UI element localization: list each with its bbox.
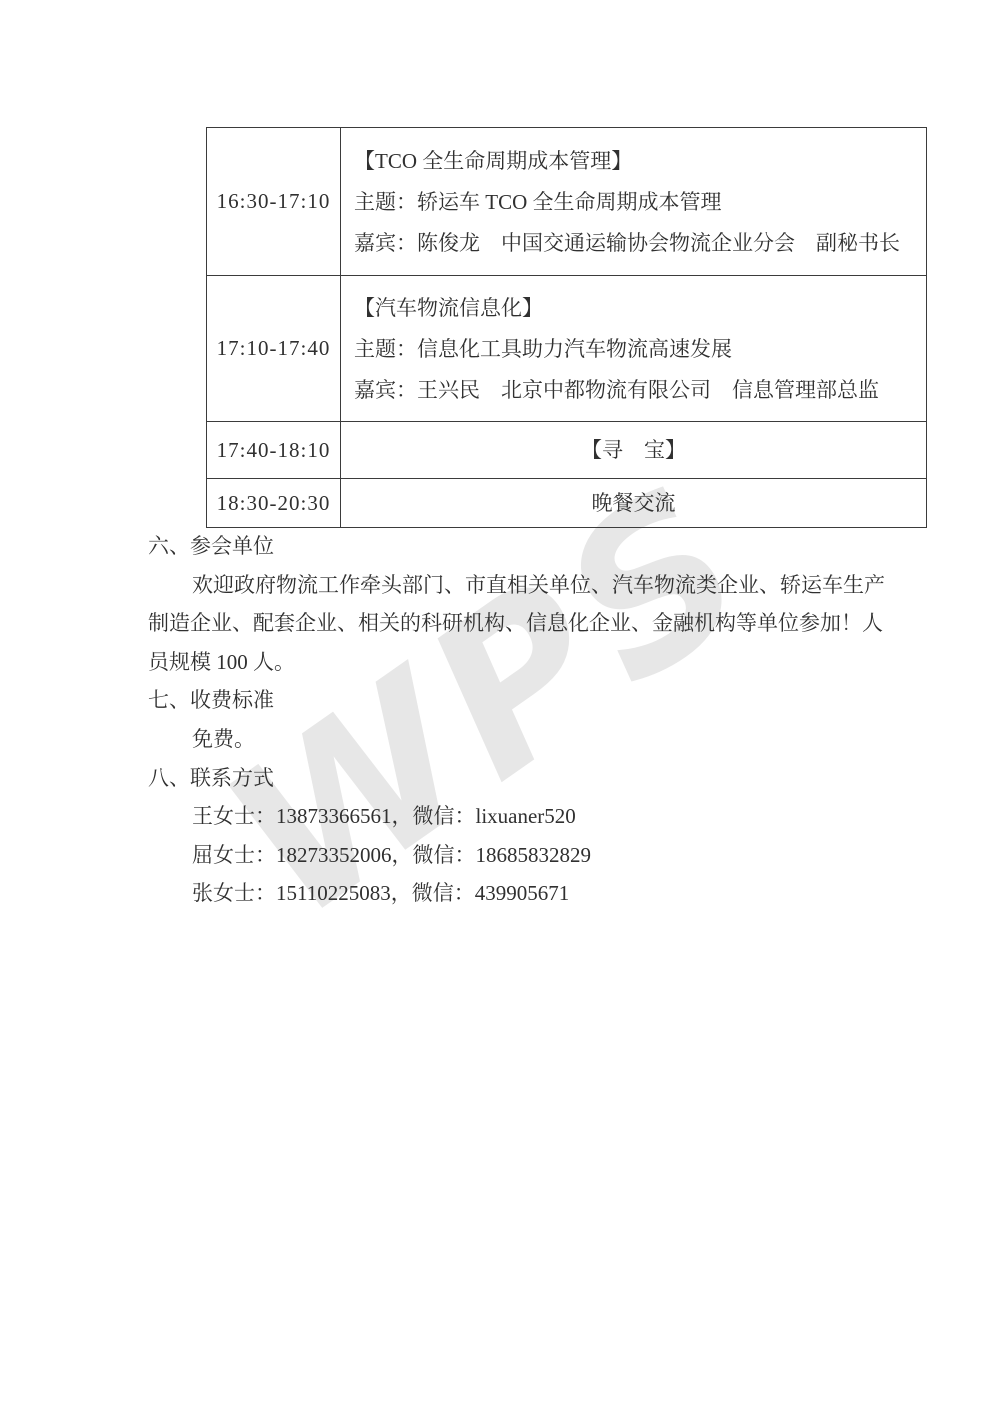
participants-line: 制造企业、配套企业、相关的科研机构、信息化企业、金融机构等单位参加！人	[148, 604, 868, 643]
participants-line: 员规模 100 人。	[148, 643, 868, 682]
activity-label: 晚餐交流	[592, 492, 676, 514]
document-page: WPS 16:30-17:10 【TCO 全生命周期成本管理】 主题：轿运车 T…	[0, 0, 991, 1401]
participants-line: 欢迎政府物流工作牵头部门、市直相关单位、汽车物流类企业、轿运车生产	[148, 566, 868, 605]
section-heading-contacts: 八、联系方式	[148, 759, 868, 798]
session-cell: 【汽车物流信息化】 主题：信息化工具助力汽车物流高速发展 嘉宾：王兴民 北京中都…	[341, 276, 926, 422]
time-cell: 16:30-17:10	[207, 128, 341, 276]
session-topic: 主题：轿运车 TCO 全生命周期成本管理	[354, 191, 926, 213]
section-heading-fees: 七、收费标准	[148, 681, 868, 720]
contact-entry: 张女士：15110225083，微信：439905671	[148, 874, 868, 913]
session-title: 【TCO 全生命周期成本管理】	[354, 150, 926, 172]
contact-entry: 王女士：13873366561，微信：lixuaner520	[148, 797, 868, 836]
session-guest: 嘉宾：王兴民 北京中都物流有限公司 信息管理部总监	[354, 379, 926, 401]
contact-entry: 屈女士：18273352006，微信：18685832829	[148, 836, 868, 875]
section-heading-participants: 六、参会单位	[148, 527, 868, 566]
time-cell: 17:40-18:10	[207, 422, 341, 479]
session-title: 【汽车物流信息化】	[354, 297, 926, 319]
session-topic: 主题：信息化工具助力汽车物流高速发展	[354, 338, 926, 360]
activity-cell: 【寻 宝】	[341, 422, 926, 479]
time-cell: 18:30-20:30	[207, 479, 341, 527]
activity-label: 【寻 宝】	[581, 439, 686, 461]
time-cell: 17:10-17:40	[207, 276, 341, 422]
session-cell: 【TCO 全生命周期成本管理】 主题：轿运车 TCO 全生命周期成本管理 嘉宾：…	[341, 128, 926, 276]
document-body: 六、参会单位 欢迎政府物流工作牵头部门、市直相关单位、汽车物流类企业、轿运车生产…	[148, 527, 868, 913]
activity-cell: 晚餐交流	[341, 479, 926, 527]
fees-content: 免费。	[148, 720, 868, 759]
schedule-table: 16:30-17:10 【TCO 全生命周期成本管理】 主题：轿运车 TCO 全…	[206, 127, 927, 528]
session-guest: 嘉宾：陈俊龙 中国交通运输协会物流企业分会 副秘书长	[354, 232, 926, 254]
